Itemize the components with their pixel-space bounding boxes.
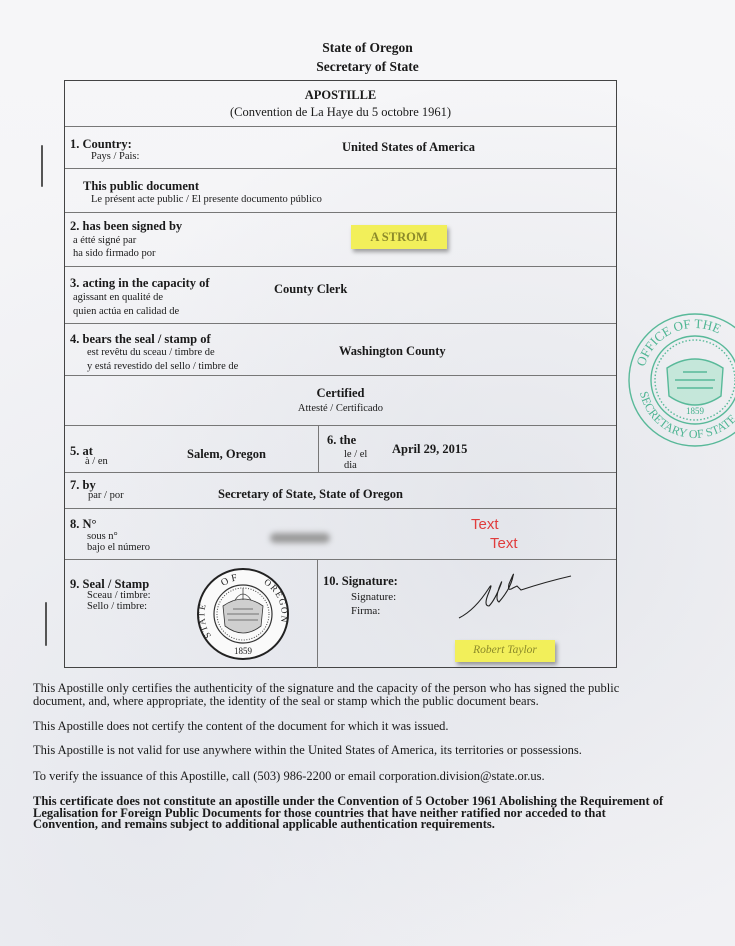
capacity-label: 3. acting in the capacity of: [70, 276, 210, 291]
signer-name-value: A STROM: [351, 230, 447, 245]
capacity-sublabel-es: quien actúa en calidad de: [73, 306, 179, 318]
place-sublabel: à / en: [85, 456, 108, 468]
issuer-subtitle: Secretary of State: [0, 59, 735, 75]
staple-bottom: [45, 602, 47, 646]
public-document-label: This public document: [83, 179, 199, 194]
issued-by-row: 7. by par / por Secretary of State, Stat…: [65, 473, 616, 509]
public-document-row: This public document Le présent acte pub…: [65, 169, 616, 213]
country-row: 1. Country: Pays / Pais: United States o…: [65, 127, 616, 169]
date-sublabel-es: dia: [344, 460, 357, 472]
signature-sublabel-fr: Signature:: [351, 591, 396, 603]
certified-label: Certified: [65, 386, 616, 401]
place-value: Salem, Oregon: [187, 447, 266, 462]
signer-name-highlight: Robert Taylor: [455, 640, 555, 662]
footer-paragraph-validity: This Apostille is not valid for use anyw…: [33, 744, 673, 757]
country-label: 1. Country:: [70, 137, 132, 152]
apostille-subtitle: (Convention de La Haye du 5 octobre 1961…: [65, 105, 616, 119]
signer-name: Robert Taylor: [455, 644, 555, 656]
apostille-form: APOSTILLE (Convention de La Haye du 5 oc…: [64, 80, 617, 668]
capacity-sublabel-fr: agissant en qualité de: [73, 292, 163, 304]
seal-of-sublabel-fr: est revêtu du sceau / timbre de: [87, 347, 215, 359]
svg-text:OFFICE OF THE: OFFICE OF THE: [633, 316, 723, 368]
seal-signature-row: 9. Seal / Stamp Sceau / timbre: Sello / …: [65, 560, 616, 668]
date-label: 6. the: [327, 433, 356, 448]
seal-of-sublabel-es: y está revestido del sello / timbre de: [87, 361, 238, 373]
apostille-title: APOSTILLE: [65, 88, 616, 103]
handwritten-signature: [455, 566, 575, 626]
state-of-oregon-seal: OF STATE OREGON 1859: [195, 566, 291, 662]
apostille-heading-row: APOSTILLE (Convention de La Haye du 5 oc…: [65, 81, 616, 127]
seal-of-value: Washington County: [339, 344, 446, 359]
seal-signature-divider: [317, 560, 318, 668]
number-sublabel-es: bajo el número: [87, 542, 150, 554]
place-date-row: 5. at à / en Salem, Oregon 6. the le / e…: [65, 426, 616, 473]
footer-paragraph-authenticity: This Apostille only certifies the authen…: [33, 682, 673, 707]
svg-text:1859: 1859: [686, 406, 705, 416]
svg-text:1859: 1859: [234, 646, 253, 656]
date-value: April 29, 2015: [392, 442, 467, 457]
number-row: 8. N° sous n° bajo el número Text Text: [65, 509, 616, 560]
place-date-divider: [318, 426, 319, 473]
issued-by-value: Secretary of State, State of Oregon: [218, 487, 403, 502]
signature-label: 10. Signature:: [323, 574, 398, 589]
issued-by-sublabel: par / por: [88, 490, 124, 502]
seal-of-label: 4. bears the seal / stamp of: [70, 332, 211, 347]
annotation-text-2: Text: [490, 535, 518, 552]
number-label: 8. N°: [70, 517, 97, 532]
country-sublabel: Pays / Pais:: [91, 151, 139, 163]
issuer-title: State of Oregon: [0, 40, 735, 56]
signed-by-row: 2. has been signed by a étté signé par h…: [65, 213, 616, 267]
secretary-of-state-seal: OFFICE OF THE SECRETARY OF STATE 1859: [625, 310, 735, 450]
seal-of-row: 4. bears the seal / stamp of est revêtu …: [65, 324, 616, 376]
footer-paragraph-disclaimer: This certificate does not constitute an …: [33, 796, 673, 831]
certified-sublabel: Attesté / Certificado: [65, 403, 616, 415]
annotation-text-1: Text: [471, 516, 499, 533]
footer-paragraph-verification: To verify the issuance of this Apostille…: [33, 770, 673, 783]
country-value: United States of America: [342, 140, 475, 155]
capacity-row: 3. acting in the capacity of agissant en…: [65, 267, 616, 324]
seal-stamp-sublabel-es: Sello / timbre:: [87, 601, 147, 613]
signed-by-label: 2. has been signed by: [70, 219, 182, 234]
signed-by-sublabel-fr: a étté signé par: [73, 235, 136, 247]
signed-by-sublabel-es: ha sido firmado por: [73, 248, 156, 260]
footer-paragraph-content: This Apostille does not certify the cont…: [33, 720, 673, 733]
signer-highlight: A STROM: [351, 225, 447, 249]
public-document-sublabel: Le présent acte public / El presente doc…: [91, 194, 322, 206]
certified-row: Certified Attesté / Certificado: [65, 376, 616, 426]
number-value-redacted: [270, 533, 330, 543]
capacity-value: County Clerk: [274, 282, 347, 297]
signature-sublabel-es: Firma:: [351, 605, 380, 617]
staple-top: [41, 145, 43, 187]
